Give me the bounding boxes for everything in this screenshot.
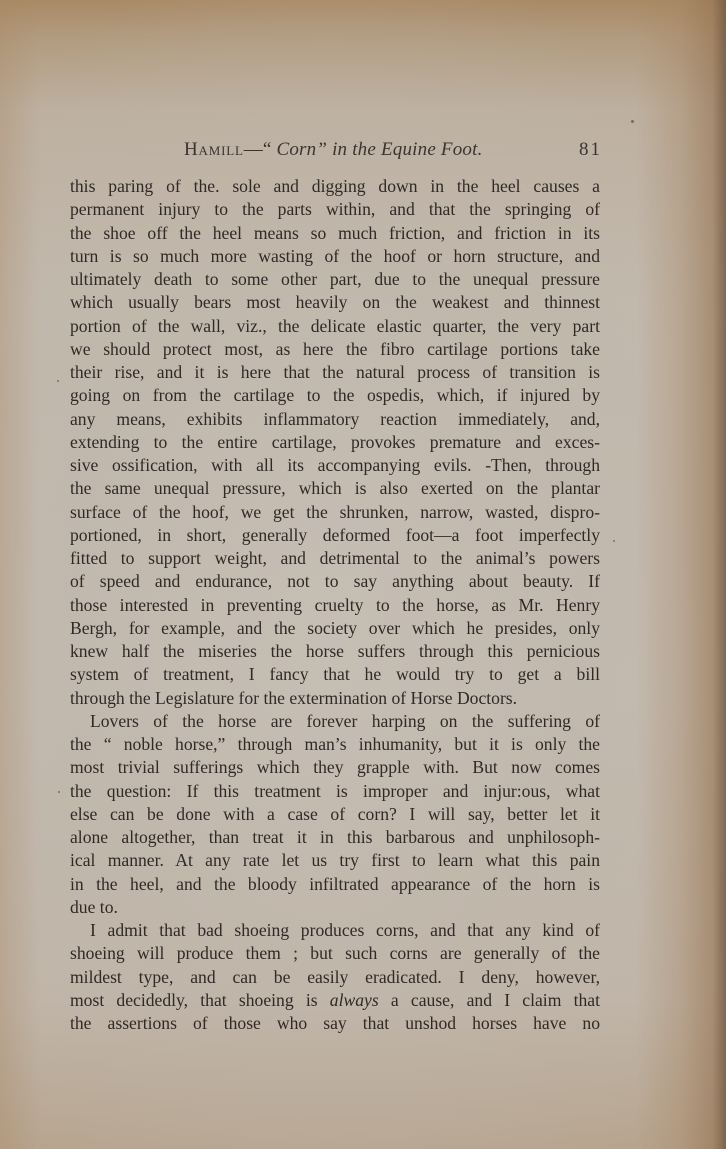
text-line: system of treatment, I fancy that he wou…: [70, 663, 600, 686]
text-line: surface of the hoof, we get the shrunken…: [70, 501, 600, 524]
text-line: turn is so much more wasting of the hoof…: [70, 245, 600, 268]
text-line: going on from the cartilage to the osped…: [70, 384, 600, 407]
text-line: any means, exhibits inflammatory reactio…: [70, 408, 600, 431]
running-header: Hamill—“ Corn” in the Equine Foot. 81: [184, 139, 602, 169]
text-line: we should protect most, as here the fibr…: [70, 338, 600, 361]
page-right-edge-shading: [636, 0, 726, 1149]
page-left-edge-shading: [0, 0, 40, 1149]
text-line: those interested in preventing cruelty t…: [70, 594, 600, 617]
text-line-paragraph-end: through the Legislature for the extermin…: [70, 687, 600, 710]
text-line: the “ noble horse,” through man’s inhuma…: [70, 733, 600, 756]
text-line: permanent injury to the parts within, an…: [70, 198, 600, 221]
text-line: portioned, in short, generally deformed …: [70, 524, 600, 547]
text-line: their rise, and it is here that the natu…: [70, 361, 600, 384]
text-line: sive ossification, with all its accompan…: [70, 454, 600, 477]
text-line: extending to the entire cartilage, provo…: [70, 431, 600, 454]
text-line: alone altogether, than treat it in this …: [70, 826, 600, 849]
text-line: ical manner. At any rate let us try firs…: [70, 849, 600, 872]
text-line: the same unequal pressure, which is also…: [70, 477, 600, 500]
ink-speck: [613, 540, 615, 542]
text-line: of speed and endurance, not to say anyth…: [70, 570, 600, 593]
body-text: this paring of the. sole and digging dow…: [70, 175, 600, 1035]
header-author: Hamill: [184, 139, 244, 160]
page-number: 81: [579, 139, 602, 161]
running-title: Hamill—“ Corn” in the Equine Foot.: [184, 139, 483, 161]
text-line: mildest type, and can be easily eradicat…: [70, 966, 600, 989]
text-line: fitted to support weight, and detrimenta…: [70, 547, 600, 570]
ink-speck: [58, 791, 60, 793]
ink-speck: [57, 380, 59, 382]
ink-speck: [631, 120, 634, 123]
text-line: the shoe off the heel means so much fric…: [70, 222, 600, 245]
text-line: which usually bears most heavily on the …: [70, 291, 600, 314]
text-line: the question: If this treatment is impro…: [70, 780, 600, 803]
text-line: most decidedly, that shoeing is always a…: [70, 989, 600, 1012]
emphasis-always: always: [330, 990, 379, 1010]
text-line: shoeing will produce them ; but such cor…: [70, 942, 600, 965]
text-line-paragraph-start: Lovers of the horse are forever harping …: [70, 710, 600, 733]
text-line: most trivial sufferings which they grapp…: [70, 756, 600, 779]
text-line: this paring of the. sole and digging dow…: [70, 175, 600, 198]
header-separator: —“: [244, 139, 277, 160]
text-line: ultimately death to some other part, due…: [70, 268, 600, 291]
scanned-book-page: Hamill—“ Corn” in the Equine Foot. 81 th…: [0, 0, 726, 1149]
text-line-paragraph-start: I admit that bad shoeing produces corns,…: [70, 919, 600, 942]
text-line: else can be done with a case of corn? I …: [70, 803, 600, 826]
text-line: knew half the miseries the horse suffers…: [70, 640, 600, 663]
text-line-paragraph-end: due to.: [70, 896, 600, 919]
text-line: in the heel, and the bloody infiltrated …: [70, 873, 600, 896]
header-article-title: Corn” in the Equine Foot.: [276, 139, 482, 160]
text-line: portion of the wall, viz., the delicate …: [70, 315, 600, 338]
text-line: the assertions of those who say that uns…: [70, 1012, 600, 1035]
text-line: Bergh, for example, and the society over…: [70, 617, 600, 640]
